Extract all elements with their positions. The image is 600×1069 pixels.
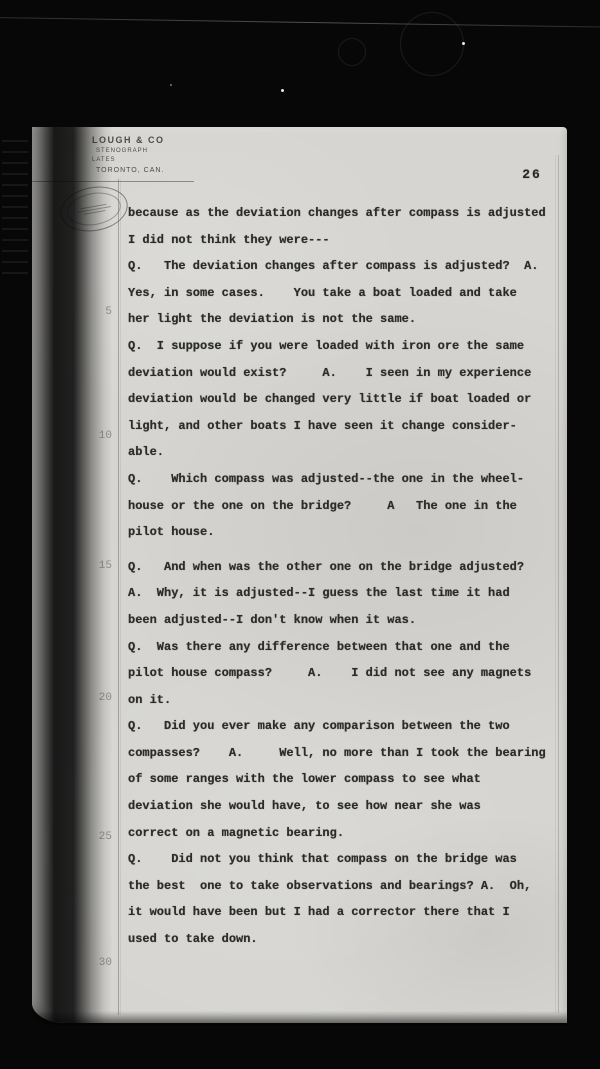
transcript-line: Q. And when was the other one on the bri… [128,554,556,581]
transcript-line: of some ranges with the lower compass to… [128,766,556,793]
transcript-line: pilot house compass? A. I did not see an… [128,660,556,687]
transcript-line: Q. Did not you think that compass on the… [128,846,556,873]
scanned-transcript-scan: { "page": { "number": "26", "stamp": { "… [0,0,600,1069]
margin-line-number: 5 [86,306,112,318]
transcript-line: been adjusted--I don't know when it was. [128,607,556,634]
transcript-line: house or the one on the bridge? A The on… [128,493,556,520]
adjacent-page-fragment [2,140,28,280]
dust-speck [170,84,172,86]
margin-line-number: 15 [86,560,112,572]
dust-speck [462,42,465,45]
margin-line-number: 25 [86,831,112,843]
transcript-line: able. [128,439,556,466]
transcript-line: her light the deviation is not the same. [128,306,556,333]
transcript-line: Yes, in some cases. You take a boat load… [128,280,556,307]
transcript-line: deviation would exist? A. I seen in my e… [128,360,556,387]
stamp-location: TORONTO, CAN. [96,167,210,175]
notary-seal-inner [65,189,124,230]
transcript-line: deviation she would have, to see how nea… [128,793,556,820]
transcript-text-block: because as the deviation changes after c… [128,200,556,953]
ruled-line-right-margin [558,155,559,1013]
page-number: 26 [510,167,554,182]
transcript-line: Q. Which compass was adjusted--the one i… [128,466,556,493]
ruled-line-left-margin [118,179,119,1015]
film-scratch-line [0,17,600,28]
stamp-company-name: LOUGH & CO [92,135,210,145]
document-page: LOUGH & CO STENOGRAPH LATES TORONTO, CAN… [32,127,567,1023]
book-gutter-shadow [32,127,112,1023]
film-artifact-circle [338,38,366,66]
transcript-line: light, and other boats I have seen it ch… [128,413,556,440]
margin-line-number: 20 [86,692,112,704]
stenographer-stamp: LOUGH & CO STENOGRAPH LATES TORONTO, CAN… [70,135,210,175]
ruled-line-horizontal [32,181,194,182]
transcript-line: Q. The deviation changes after compass i… [128,253,556,280]
film-artifact-circle [400,12,464,76]
stamp-subtitle: STENOGRAPH [96,148,210,155]
page-bottom-shadow [32,1011,567,1025]
transcript-line: it would have been but I had a corrector… [128,899,556,926]
transcript-line: A. Why, it is adjusted--I guess the last… [128,580,556,607]
notary-seal [57,181,132,236]
transcript-line: deviation would be changed very little i… [128,386,556,413]
margin-line-number: 30 [86,957,112,969]
transcript-line: Q. Was there any difference between that… [128,634,556,661]
transcript-line: correct on a magnetic bearing. [128,820,556,847]
transcript-line: Q. I suppose if you were loaded with iro… [128,333,556,360]
transcript-line: because as the deviation changes after c… [128,200,556,227]
transcript-line: Q. Did you ever make any comparison betw… [128,713,556,740]
stamp-subtitle: LATES [92,157,210,164]
transcript-line: on it. [128,687,556,714]
dust-speck [281,89,284,92]
transcript-line: compasses? A. Well, no more than I took … [128,740,556,767]
margin-line-number: 10 [86,430,112,442]
transcript-line: used to take down. [128,926,556,953]
transcript-line: pilot house. [128,519,556,546]
transcript-line: I did not think they were--- [128,227,556,254]
transcript-line: the best one to take observations and be… [128,873,556,900]
